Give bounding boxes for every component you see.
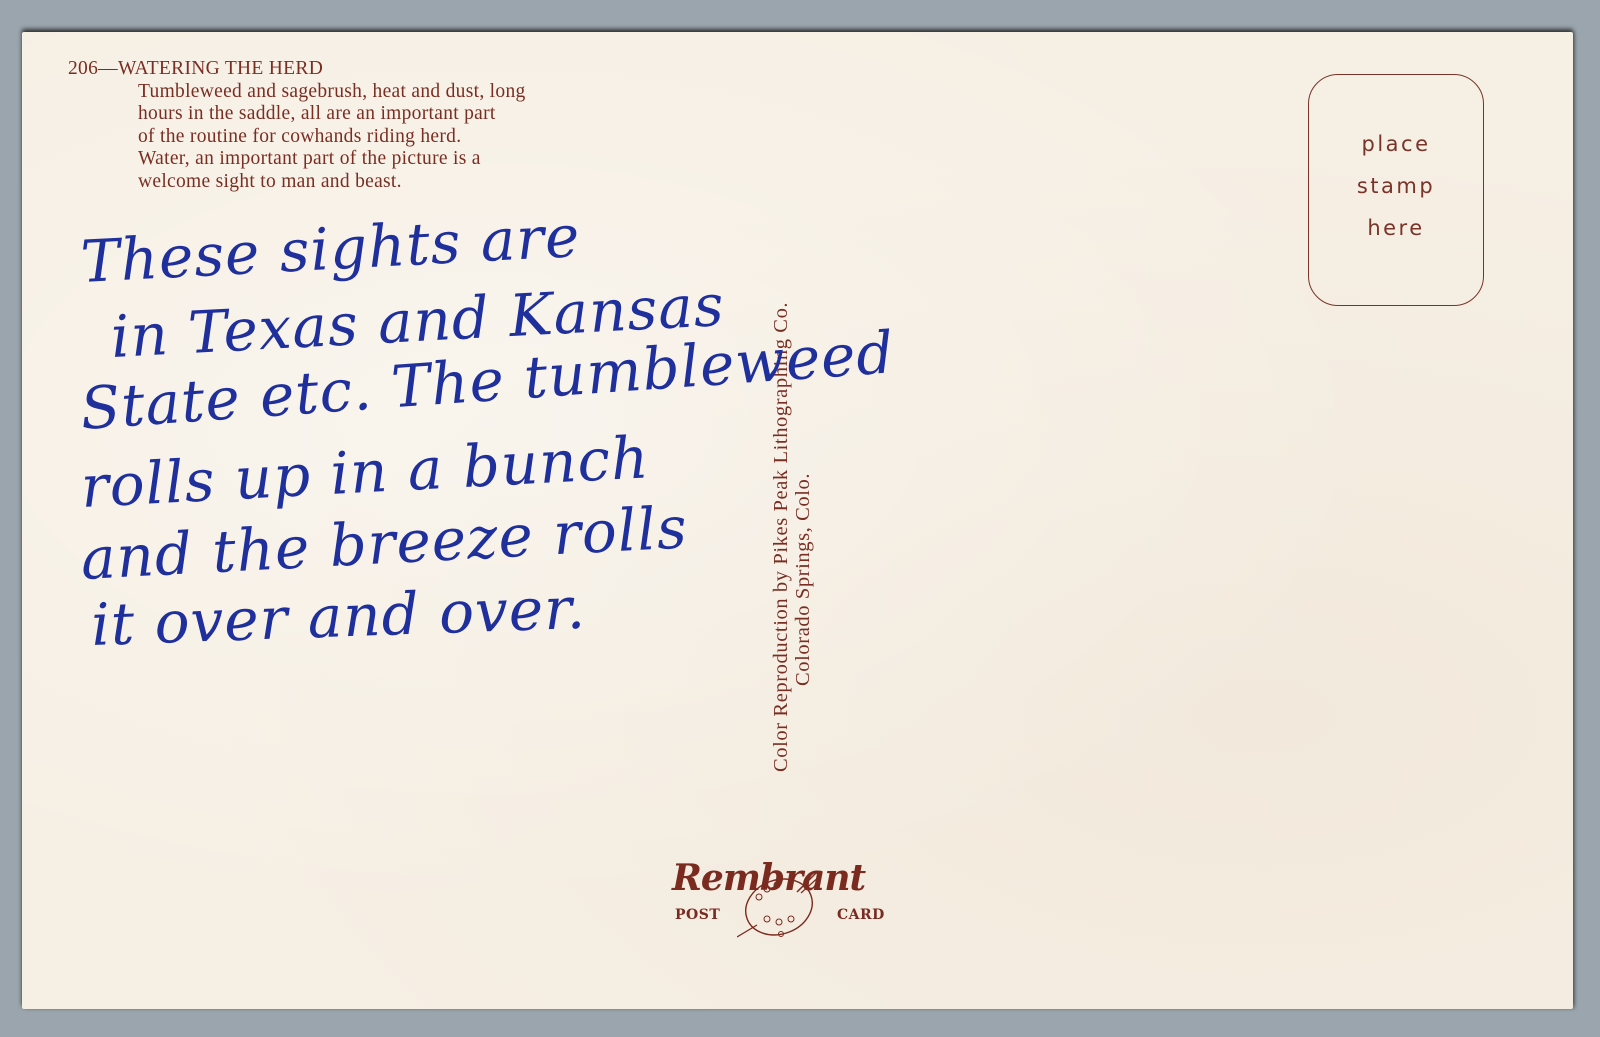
caption-line: welcome sight to man and beast. [138,171,526,194]
postcard-back: 206—WATERING THE HERD Tumbleweed and sag… [22,32,1573,1009]
caption-line: Tumbleweed and sagebrush, heat and dust,… [138,81,526,104]
stamp-box: place stamp here [1308,74,1484,306]
stamp-text: place [1309,123,1483,165]
rembrant-postcard-logo: Rembrant POST CARD [662,857,902,947]
caption-line: Water, an important part of the picture … [138,148,526,171]
caption-line: of the routine for cowhands riding herd. [138,126,526,149]
handwritten-message: These sights are in Texas and Kansas Sta… [62,207,962,647]
caption-title: 206—WATERING THE HERD [68,58,526,81]
stamp-text: stamp [1309,165,1483,207]
stamp-text: here [1309,207,1483,249]
logo-card-word: CARD [837,907,885,923]
logo-brand: Rembrant [672,857,865,899]
caption-body: Tumbleweed and sagebrush, heat and dust,… [68,81,526,194]
postcard-caption: 206—WATERING THE HERD Tumbleweed and sag… [68,58,526,193]
logo-post-word: POST [675,907,720,923]
handwriting-svg: These sights are in Texas and Kansas Sta… [62,207,962,647]
caption-line: hours in the saddle, all are an importan… [138,103,526,126]
